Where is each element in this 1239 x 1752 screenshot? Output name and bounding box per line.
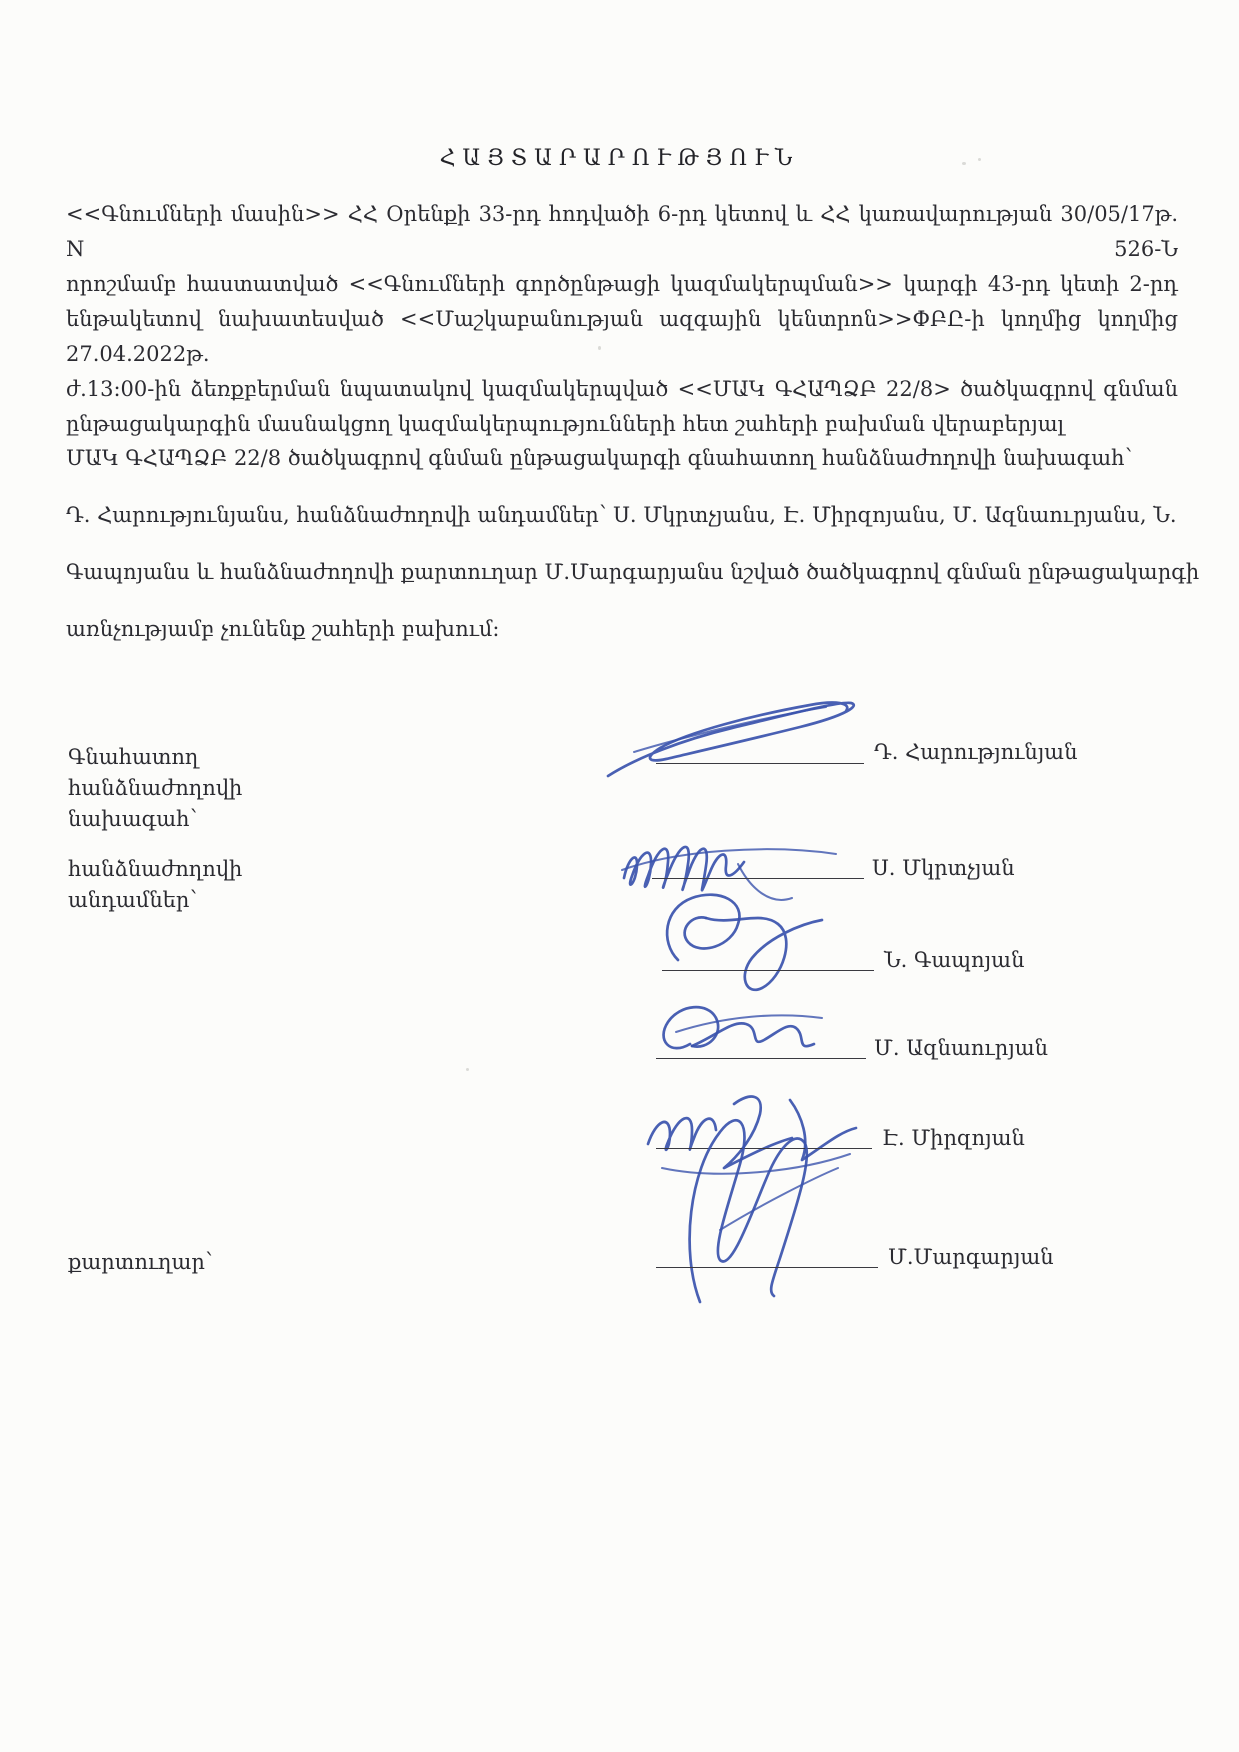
intro-line: որոշմամբ հաստատված <<Գնումների գործընթաց… <box>66 267 1178 302</box>
signature-ink <box>648 880 843 998</box>
members-role-label-line: անդամներ՝ <box>68 885 242 916</box>
chairman-role-label-line: Գնահատող <box>68 742 242 773</box>
signature-ink <box>646 990 826 1078</box>
secretary-role-label: քարտուղար՝ <box>68 1247 213 1278</box>
intro-line: ենթակետով նախատեսված <<Մաշկաբանության ազ… <box>66 302 1178 372</box>
signer-name: Է. Միրզոյան <box>882 1126 1025 1150</box>
signer-name: Ն. Գապոյան <box>884 948 1024 972</box>
intro-paragraph: <<Գնումների մասին>> ՀՀ Օրենքի 33-րդ հոդվ… <box>66 197 1178 442</box>
signer-name: Մ. Ազնաուրյան <box>874 1036 1048 1060</box>
document-title: ՀԱՅՏԱՐԱՐՈՒԹՅՈՒՆ <box>0 146 1239 171</box>
signer-name: Ս. Մկրտչյան <box>872 856 1015 880</box>
statement-line: առնչությամբ չունենք շահերի բախում: <box>66 601 1188 658</box>
scan-speck <box>598 346 601 350</box>
signature-line <box>652 878 864 879</box>
chairman-role-label-line: նախագահ՝ <box>68 804 242 835</box>
signer-name: Դ. Հարությունյան <box>874 740 1077 764</box>
scan-speck <box>978 158 981 161</box>
signature-line <box>656 763 864 764</box>
statement-line: ՄԱԿ ԳՀԱՊՁԲ 22/8 ծածկագրով գնման ընթացակա… <box>66 430 1188 487</box>
intro-line: <<Գնումների մասին>> ՀՀ Օրենքի 33-րդ հոդվ… <box>66 197 1178 267</box>
scanned-declaration-page: ՀԱՅՏԱՐԱՐՈՒԹՅՈՒՆ <<Գնումների մասին>> ՀՀ Օ… <box>0 0 1239 1752</box>
signature-line <box>662 970 874 971</box>
intro-line: ժ.13:00-ին ձեռքբերման նպատակով կազմակերպ… <box>66 372 1178 407</box>
signature-line <box>656 1267 878 1268</box>
scan-speck <box>962 162 966 165</box>
members-role-label-line: հանձնաժողովի <box>68 854 242 885</box>
members-role-label: հանձնաժողովի անդամներ՝ <box>68 854 242 916</box>
statement-line: Դ. Հարությունյանս, հանձնաժողովի անդամներ… <box>66 487 1188 544</box>
statement-paragraph: ՄԱԿ ԳՀԱՊՁԲ 22/8 ծածկագրով գնման ընթացակա… <box>66 430 1188 658</box>
chairman-role-label-line: հանձնաժողովի <box>68 773 242 804</box>
signer-name: Մ.Մարգարյան <box>888 1245 1054 1269</box>
signature-line <box>656 1058 866 1059</box>
signature-ink <box>600 688 870 783</box>
scan-speck <box>466 1068 469 1071</box>
statement-line: Գապոյանս և հանձնաժողովի քարտուղար Մ.Մարգ… <box>66 544 1188 601</box>
chairman-role-label: Գնահատող հանձնաժողովի նախագահ՝ <box>68 742 242 835</box>
signature-ink <box>662 1108 842 1308</box>
